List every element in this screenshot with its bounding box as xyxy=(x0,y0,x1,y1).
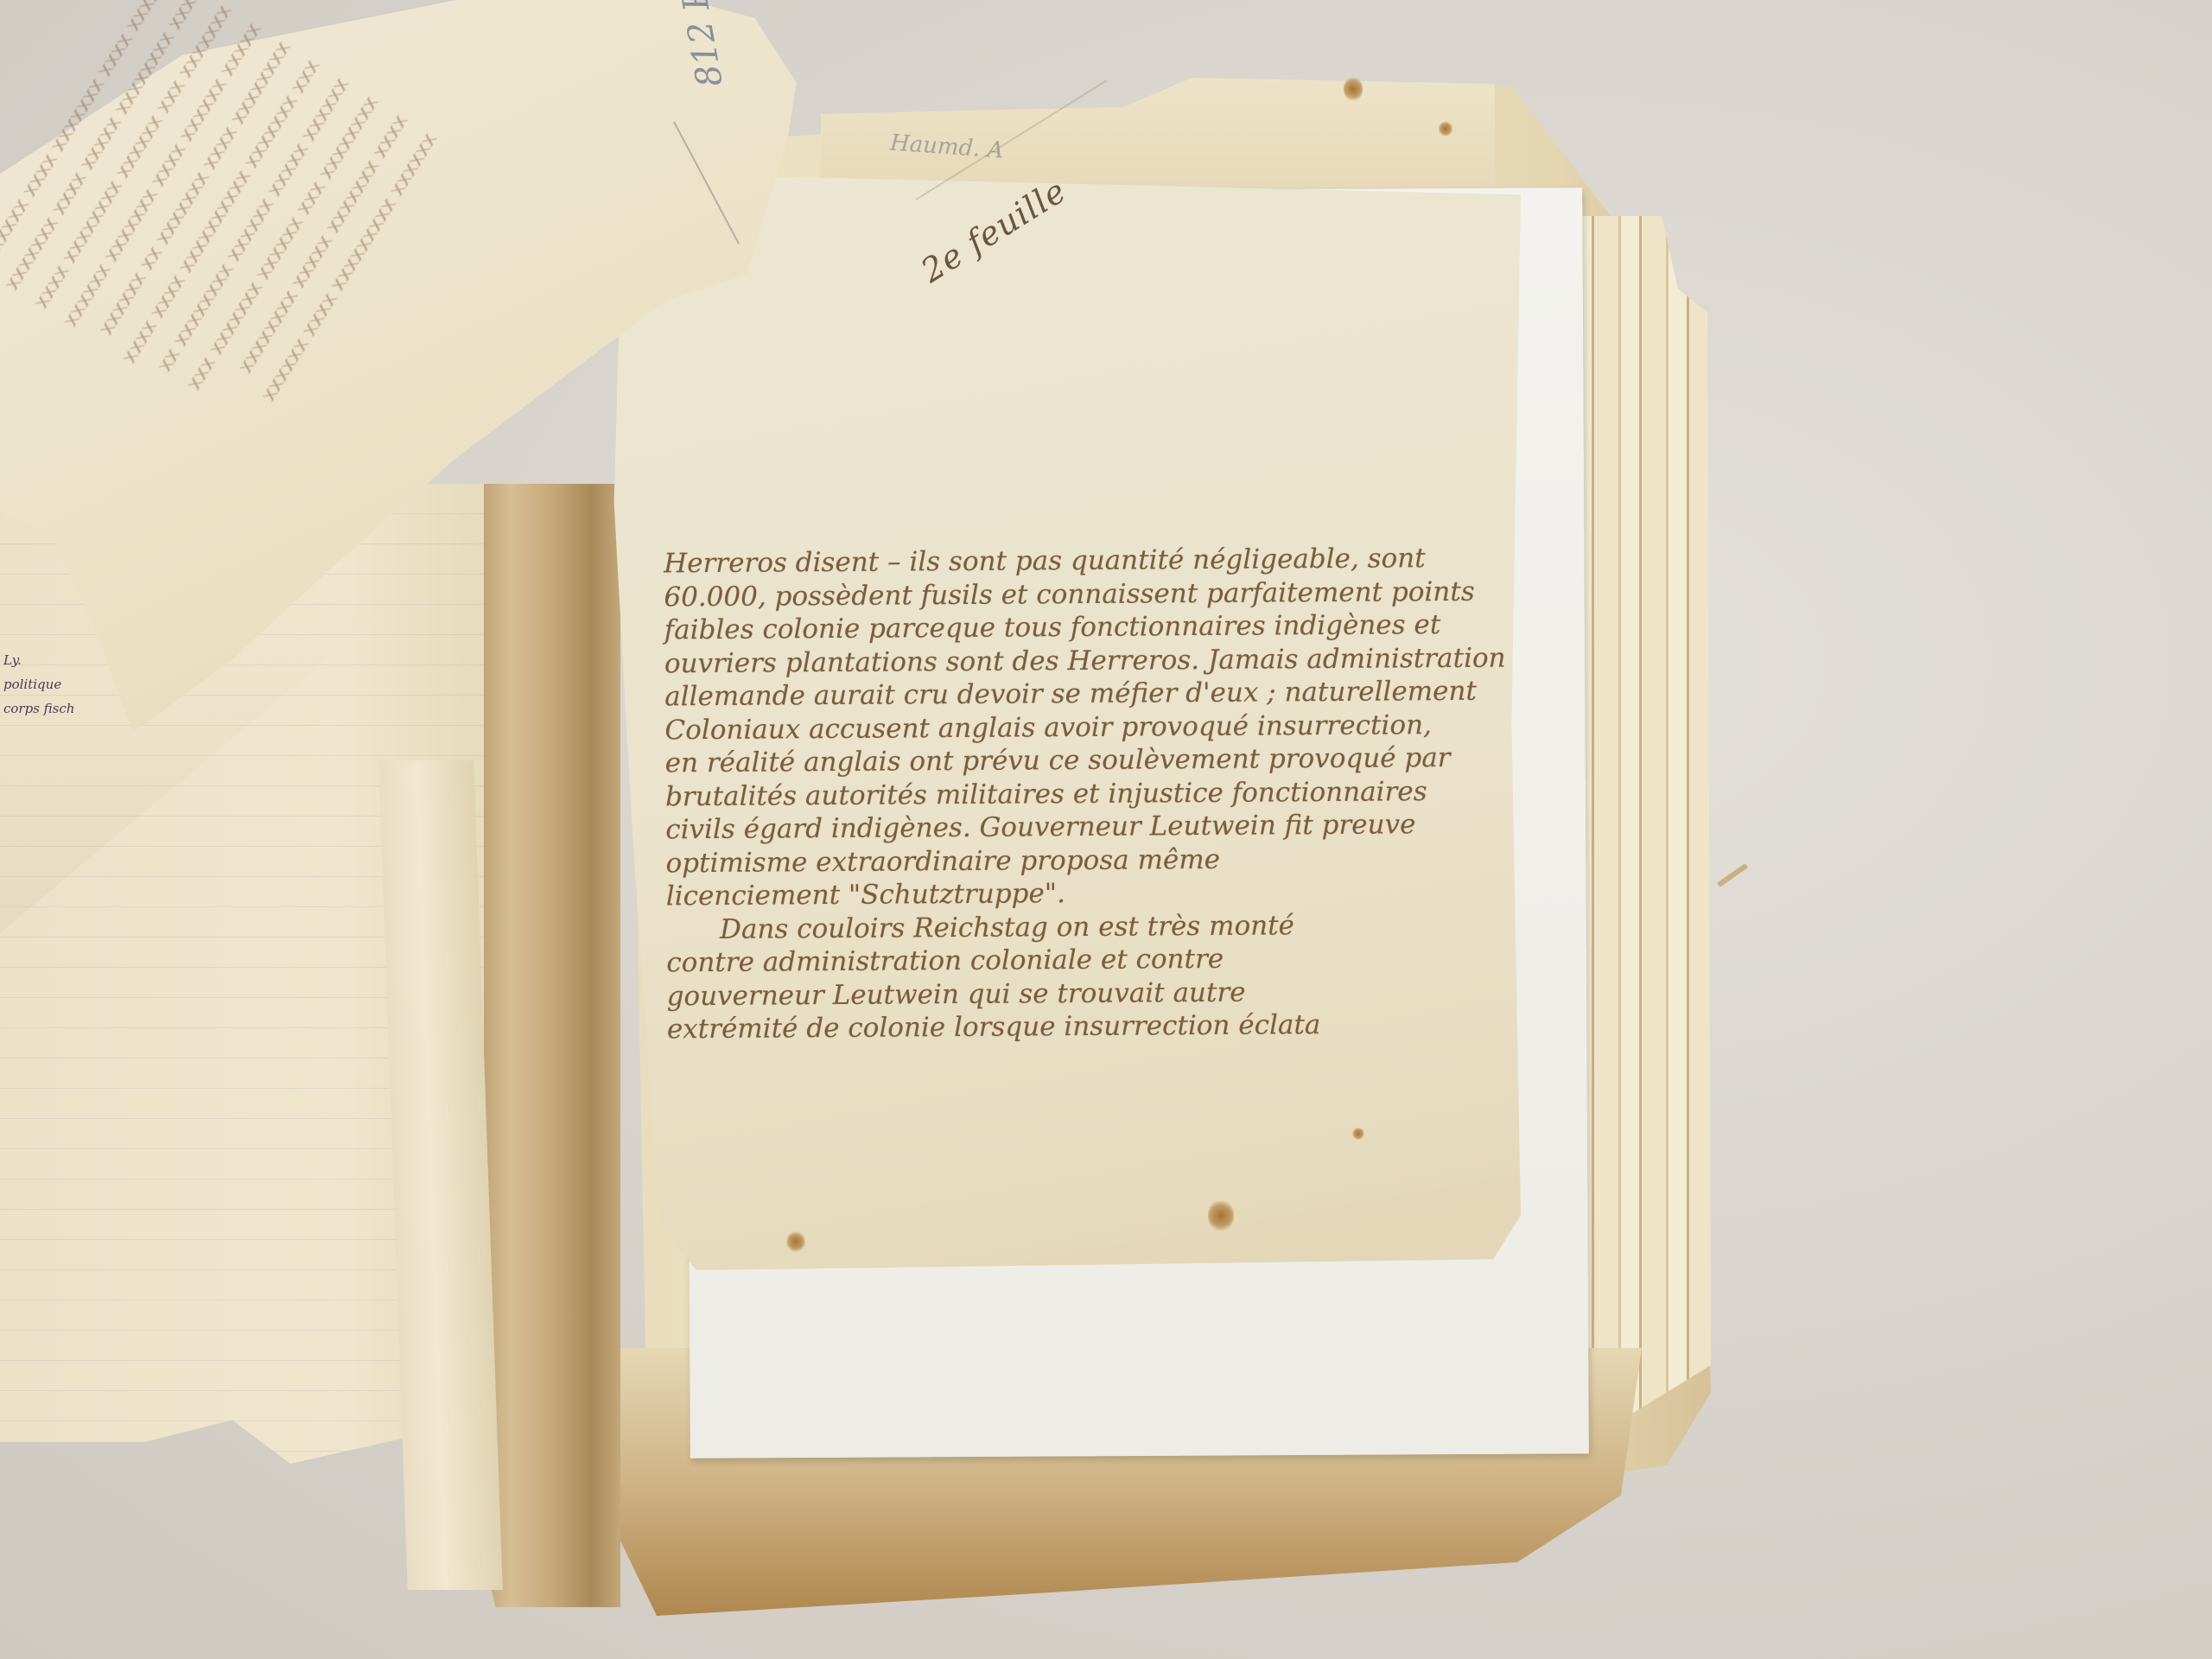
manuscript-line: en réalité anglais ont prévu ce soulèvem… xyxy=(665,741,1495,780)
manuscript-line: 60.000, possèdent fusils et connaissent … xyxy=(664,575,1493,613)
manuscript-line: allemande aurait cru devoir se méfier d'… xyxy=(664,675,1494,714)
manuscript-line: Coloniaux accusent anglais avoir provoqu… xyxy=(664,708,1494,747)
manuscript-line: Herreros disent – ils sont pas quantité … xyxy=(664,542,1493,581)
manuscript-text: Herreros disent – ils sont pas quantité … xyxy=(664,542,1497,1046)
manuscript-line: brutalités autorités militaires et injus… xyxy=(665,774,1495,813)
manuscript-line: contre administration coloniale et contr… xyxy=(666,941,1496,980)
manuscript-line: ouvriers plantations sont des Herreros. … xyxy=(664,641,1494,680)
manuscript-line: licenciement "Schutztruppe". xyxy=(666,874,1496,913)
rust-stain xyxy=(786,1231,805,1252)
manuscript-line: faibles colonie parceque tous fonctionna… xyxy=(664,608,1494,647)
rust-stain xyxy=(1352,1128,1364,1140)
manuscript-line: gouverneur Leutwein qui se trouvait autr… xyxy=(666,974,1496,1013)
manuscript-line: optimisme extraordinaire proposa même xyxy=(665,841,1495,880)
manuscript-line: civils égard indigènes. Gouverneur Leutw… xyxy=(665,808,1495,847)
rust-stain xyxy=(1208,1199,1234,1232)
manuscript-line: extrémité de colonie lorsque insurrectio… xyxy=(667,1007,1497,1046)
paper-fragment xyxy=(1717,863,1748,887)
rust-stain xyxy=(1344,76,1363,102)
rust-stain xyxy=(1439,121,1452,137)
manuscript-line: Dans couloirs Reichstag on est très mont… xyxy=(666,907,1496,946)
